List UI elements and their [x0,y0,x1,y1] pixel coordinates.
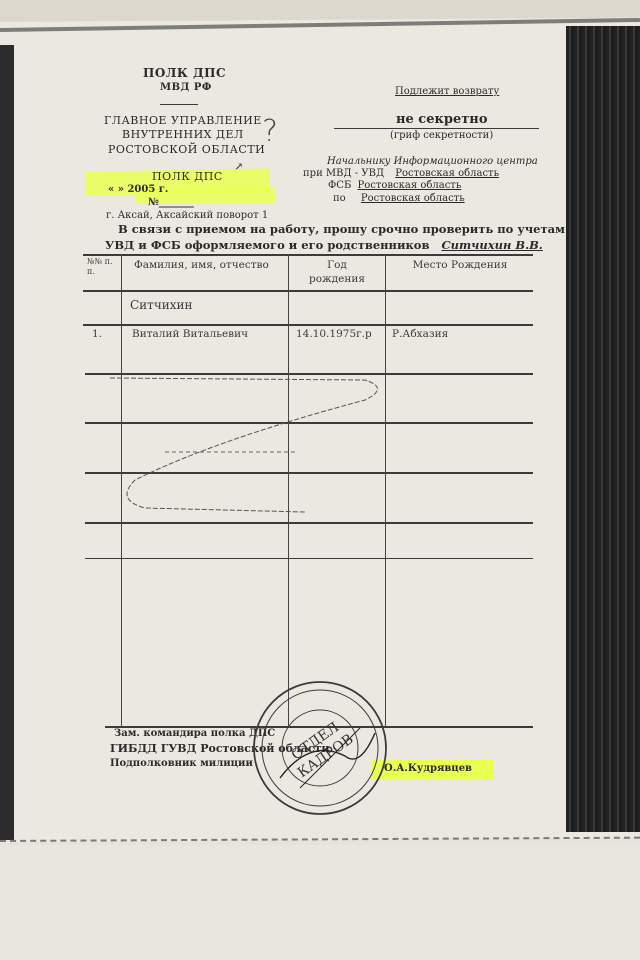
ministry-title: МВД РФ [160,82,212,93]
table-row-border [83,324,533,326]
addressee-line2-value: Ростовская область [395,168,499,179]
return-note: Подлежит возврату [395,86,499,97]
unit-title: ПОЛК ДПС [143,66,226,80]
divider [160,104,198,105]
table-header-place: Место Рождения [410,258,510,272]
scan-border-right [566,26,640,832]
handwritten-question-mark: ? [262,114,278,149]
lower-background [0,845,640,960]
addressee-line3-value: Ростовская область [358,180,462,191]
table-header-border [83,290,533,292]
table-cell-num: 1. [92,328,102,340]
table-row-border [85,558,533,559]
table-cell-name: Ситчихин [130,298,193,312]
classification-caption: (гриф секретности) [390,130,493,141]
body-text-line2: УВД и ФСБ оформляемого и его родственник… [105,238,429,252]
unit-repeat: ПОЛК ДПС [152,170,223,183]
subject-name: Ситчихин В.В. [441,238,542,252]
addressee-line2-prefix: при МВД - УВД [303,168,384,179]
table-cell-place: Р.Абхазия [392,328,448,340]
number-line: №_______ [148,197,194,208]
classification-underline [334,128,539,129]
body-text-line1: В связи с приемом на работу, прошу срочн… [118,222,565,236]
official-stamp: ОТДЕЛ КАДРОВ [250,678,390,818]
table-cell-year: 14.10.1975г.р [296,328,372,340]
table-header-year: Год рождения [300,258,374,286]
address: г. Аксай, Аксайский поворот 1 [106,210,268,221]
addressee-line4-value: Ростовская область [361,193,465,204]
date-line: « » 2005 г. [108,184,168,195]
department-line3: РОСТОВСКОЙ ОБЛАСТИ [108,143,265,156]
table-cell-name: Виталий Витальевич [132,328,248,340]
classification: не секретно [396,112,488,127]
table-header-num: №№ п. п. [87,257,119,277]
signer-name: О.А.Кудрявцев [384,763,472,774]
scan-border-left [0,45,14,840]
table-header-name: Фамилия, имя, отчество [134,259,269,271]
addressee-line1: Начальнику Информационного центра [327,156,538,167]
table-top-border [83,254,533,256]
table-row-border [85,522,533,524]
addressee-line3-prefix: ФСБ [328,180,351,191]
addressee-line4-prefix: по [333,193,346,204]
department-line1: ГЛАВНОЕ УПРАВЛЕНИЕ [104,114,262,127]
signer-rank: Подполковник милиции [110,758,253,769]
cancellation-scribble [95,360,395,520]
department-line2: ВНУТРЕННИХ ДЕЛ [122,128,244,141]
